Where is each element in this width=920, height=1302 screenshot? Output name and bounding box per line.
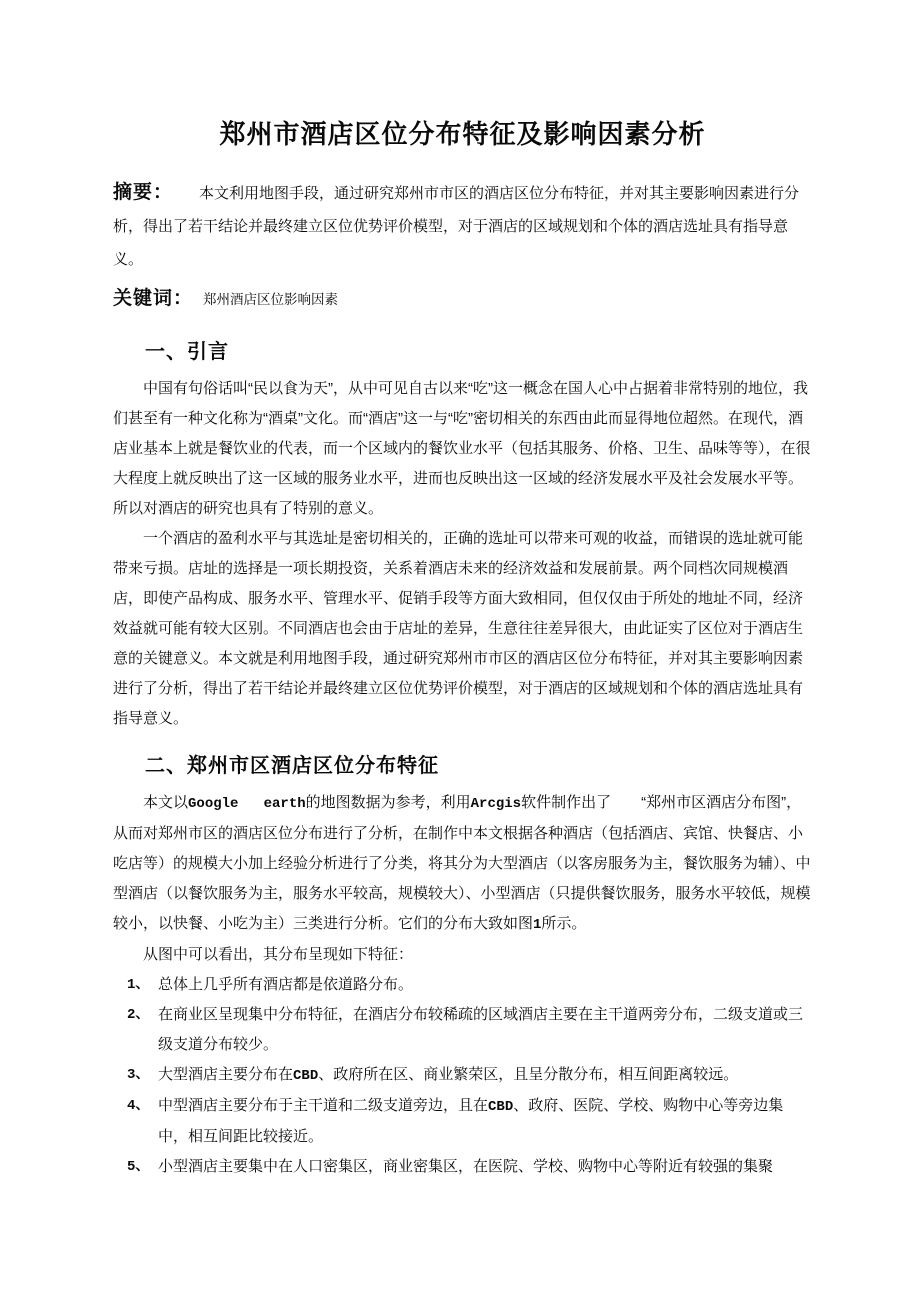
section-heading-distribution: 二、郑州市区酒店区位分布特征 <box>113 752 812 780</box>
distribution-intro-paragraph: 本文以Google earth的地图数据为参考，利用Arcgis软件制作出了 “… <box>113 788 812 940</box>
keywords-label: 关键词： <box>113 288 193 309</box>
list-item-5: 5、小型酒店主要集中在人口密集区，商业密集区，在医院、学校、购物中心等附近有较强… <box>113 1152 812 1182</box>
abstract-paragraph: 摘要：本文利用地图手段，通过研究郑州市市区的酒店区位分布特征，并对其主要影响因素… <box>113 176 812 276</box>
list-item-4-number: 4、 <box>127 1091 149 1121</box>
list-item-1-text: 总体上几乎所有酒店都是依道路分布。 <box>158 976 413 993</box>
introduction-paragraph-1: 中国有句俗话叫“民以食为天”，从中可见自古以来“吃”这一概念在国人心中占据着非常… <box>113 374 812 524</box>
list-item-2-text: 在商业区呈现集中分布特征，在酒店分布较稀疏的区域酒店主要在主干道两旁分布，二级支… <box>158 1006 803 1053</box>
list-item-5-number: 5、 <box>127 1152 149 1182</box>
figure-note-paragraph: 从图中可以看出，其分布呈现如下特征： <box>113 940 812 970</box>
list-item-5-text: 小型酒店主要集中在人口密集区，商业密集区，在医院、学校、购物中心等附近有较强的集… <box>158 1158 773 1175</box>
list-item-3-text: 大型酒店主要分布在CBD、政府所在区、商业繁荣区，且呈分散分布，相互间距离较远。 <box>158 1066 738 1083</box>
list-item-2-number: 2、 <box>127 1000 149 1030</box>
list-item-3-number: 3、 <box>127 1060 149 1090</box>
keywords-text: 郑州酒店区位影响因素 <box>203 292 338 307</box>
keywords-paragraph: 关键词：郑州酒店区位影响因素 <box>113 282 812 316</box>
page-title: 郑州市酒店区位分布特征及影响因素分析 <box>113 116 812 152</box>
abstract-label: 摘要： <box>113 182 173 203</box>
section-heading-introduction: 一、引言 <box>113 338 812 366</box>
list-item-1-number: 1、 <box>127 970 149 1000</box>
list-item-3: 3、大型酒店主要分布在CBD、政府所在区、商业繁荣区，且呈分散分布，相互间距离较… <box>113 1060 812 1091</box>
feature-list: 1、总体上几乎所有酒店都是依道路分布。 2、在商业区呈现集中分布特征，在酒店分布… <box>113 970 812 1182</box>
document-page: 郑州市酒店区位分布特征及影响因素分析 摘要：本文利用地图手段，通过研究郑州市市区… <box>113 116 812 1182</box>
abstract-text: 本文利用地图手段，通过研究郑州市市区的酒店区位分布特征，并对其主要影响因素进行分… <box>113 185 799 268</box>
introduction-paragraph-2: 一个酒店的盈利水平与其选址是密切相关的，正确的选址可以带来可观的收益，而错误的选… <box>113 524 812 734</box>
list-item-4: 4、中型酒店主要分布于主干道和二级支道旁边，且在CBD、政府、医院、学校、购物中… <box>113 1091 812 1152</box>
list-item-2: 2、在商业区呈现集中分布特征，在酒店分布较稀疏的区域酒店主要在主干道两旁分布，二… <box>113 1000 812 1060</box>
list-item-4-text: 中型酒店主要分布于主干道和二级支道旁边，且在CBD、政府、医院、学校、购物中心等… <box>158 1097 783 1145</box>
list-item-1: 1、总体上几乎所有酒店都是依道路分布。 <box>113 970 812 1000</box>
